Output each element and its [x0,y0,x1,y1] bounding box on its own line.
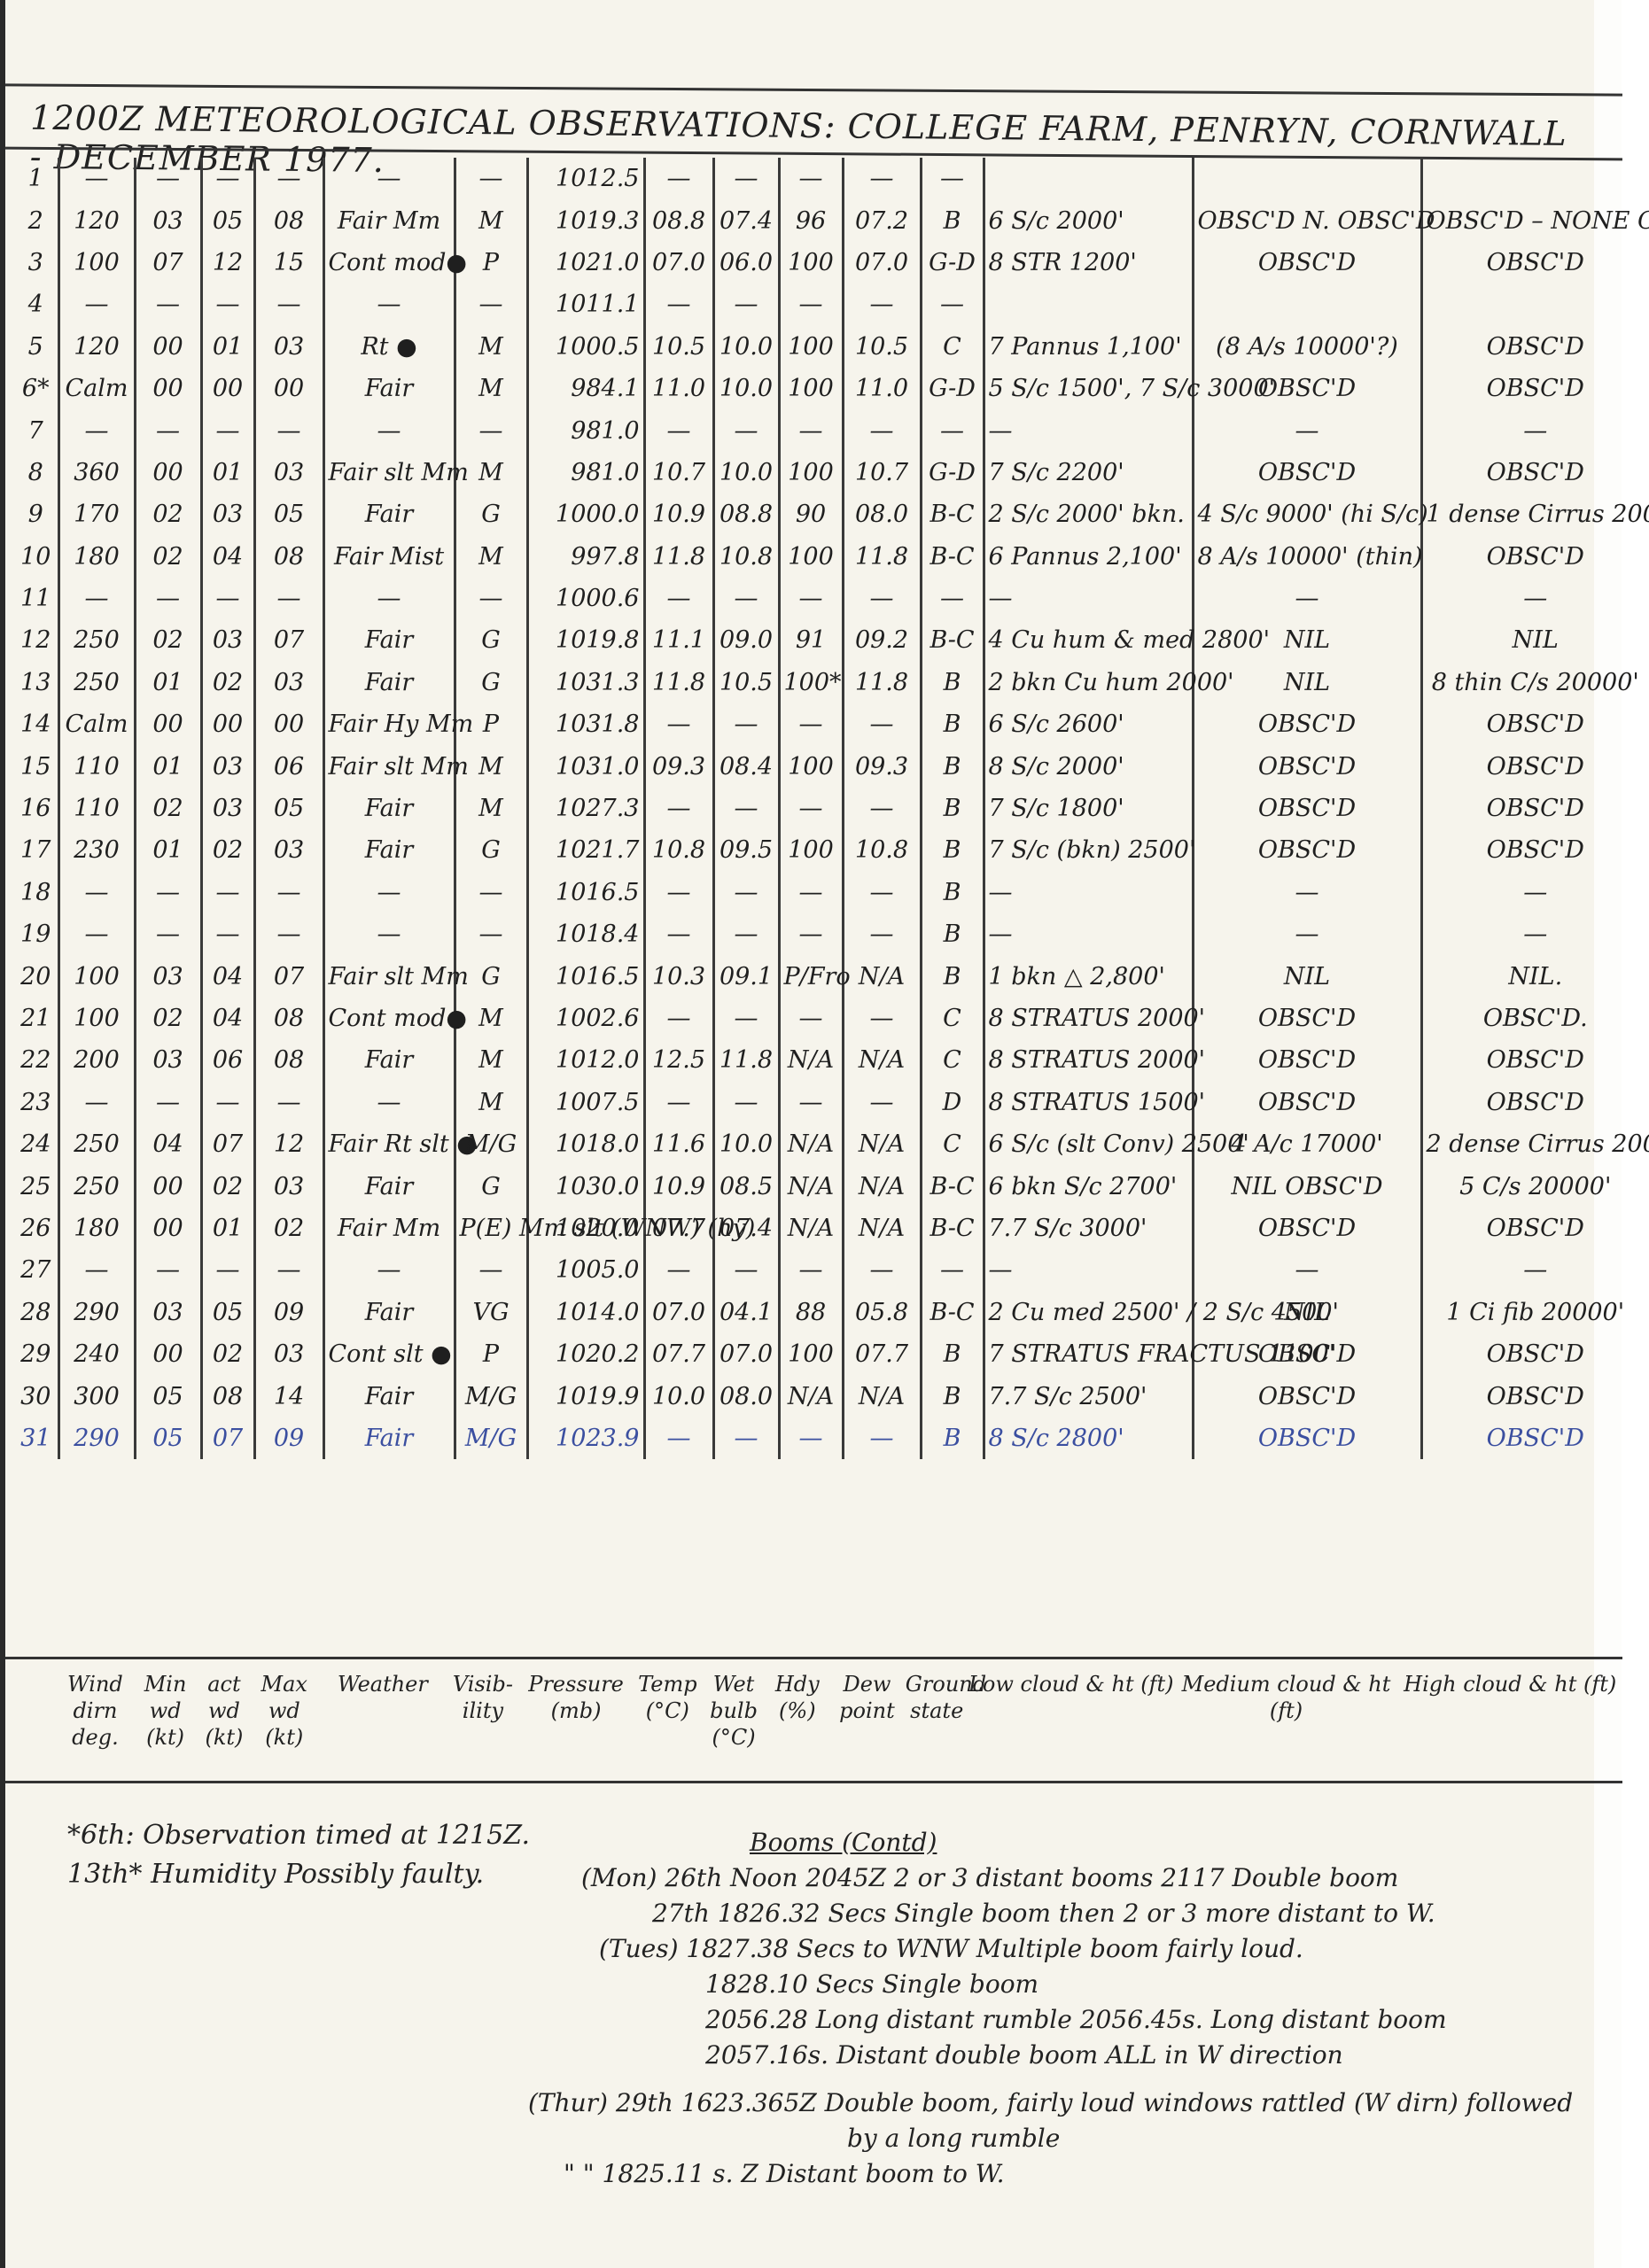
dew-point-cell: N/A [843,1039,921,1081]
wind-dir-cell: — [58,1082,135,1123]
low-cloud-cell: — [984,578,1193,619]
day-cell: 2 [14,199,58,241]
wet-bulb-cell: — [713,158,779,199]
day-cell: 13 [14,662,58,703]
wind-dir-cell: 290 [58,1292,135,1333]
booms-heading: Booms (Contd) [581,1825,1627,1860]
temp-cell: 07.7 [644,1208,713,1249]
wind-dir-cell: — [58,1249,135,1291]
weather-cell: Fair slt Mm [323,955,455,997]
max-wind-cell: — [254,913,323,955]
visibility-cell: M/G [455,1417,527,1459]
visibility-cell: — [455,409,527,451]
day-cell: 30 [14,1375,58,1417]
pressure-cell: 1012.0 [527,1039,644,1081]
pressure-cell: 1018.4 [527,913,644,955]
medium-cloud-cell: OBSC'D [1193,452,1421,493]
max-wind-cell: 02 [254,1208,323,1249]
high-cloud-cell: NIL. [1421,955,1648,997]
act-wind-cell: 01 [201,452,254,493]
visibility-cell: — [455,1249,527,1291]
table-row: 24250040712Fair Rt slt ●M/G1018.011.610.… [14,1123,1648,1165]
table-row: 12250020307FairG1019.811.109.09109.2B-C4… [14,619,1648,661]
min-wind-cell: 03 [135,199,201,241]
wet-bulb-cell: — [713,703,779,745]
max-wind-cell: 14 [254,1375,323,1417]
act-wind-cell: — [201,409,254,451]
act-wind-cell: 03 [201,619,254,661]
act-wind-cell: 00 [201,368,254,409]
temp-cell: 11.1 [644,619,713,661]
humidity-cell: — [779,409,843,451]
wind-dir-cell: 180 [58,1208,135,1249]
day-cell: 31 [14,1417,58,1459]
min-wind-cell: 01 [135,745,201,787]
temp-cell: 10.3 [644,955,713,997]
visibility-cell: G [455,619,527,661]
wind-dir-cell: — [58,283,135,325]
observations-table: 1——————1012.5—————2120030508Fair MmM1019… [14,158,1648,1459]
column-header-pressure: Pressure (mb) [518,1664,634,1784]
medium-cloud-cell: OBSC'D [1193,1039,1421,1081]
table-row: 17230010203FairG1021.710.809.510010.8B7 … [14,829,1648,871]
dew-point-cell: — [843,998,921,1039]
weather-cell: — [323,872,455,913]
wind-dir-cell: 230 [58,829,135,871]
ground-state-cell: B [921,829,984,871]
day-cell: 11 [14,578,58,619]
day-cell: 26 [14,1208,58,1249]
wind-dir-cell: 180 [58,536,135,578]
wet-bulb-cell: 10.0 [713,326,779,368]
pressure-cell: 1011.1 [527,283,644,325]
wet-bulb-cell: — [713,283,779,325]
table-row: 13250010203FairG1031.311.810.5100*11.8B2… [14,662,1648,703]
dew-point-cell: N/A [843,1208,921,1249]
weather-cell: Fair Rt slt ● [323,1123,455,1165]
column-header-ground-state: Ground state [906,1664,968,1784]
max-wind-cell: 07 [254,955,323,997]
table-row: 28290030509FairVG1014.007.004.18805.8B-C… [14,1292,1648,1333]
weather-cell: Fair [323,368,455,409]
high-cloud-cell: OBSC'D [1421,326,1648,368]
min-wind-cell: 02 [135,788,201,829]
medium-cloud-cell: (8 A/s 10000'?) [1193,326,1421,368]
act-wind-cell: 01 [201,1208,254,1249]
humidity-cell: — [779,872,843,913]
min-wind-cell: 00 [135,452,201,493]
weather-cell: Fair [323,1375,455,1417]
temp-cell: 07.0 [644,242,713,283]
table-row: 30300050814FairM/G1019.910.008.0N/AN/AB7… [14,1375,1648,1417]
visibility-cell: M [455,1082,527,1123]
dew-point-cell: 10.7 [843,452,921,493]
weather-cell: — [323,1249,455,1291]
high-cloud-cell: OBSC'D [1421,536,1648,578]
column-header-act-wd: act wd (kt) [198,1664,250,1784]
wind-dir-cell: — [58,913,135,955]
temp-cell: 11.6 [644,1123,713,1165]
wet-bulb-cell: 06.0 [713,242,779,283]
wind-dir-cell: 100 [58,242,135,283]
table-row: 14Calm000000Fair Hy MmP1031.8————B6 S/c … [14,703,1648,745]
humidity-cell: 100 [779,1333,843,1375]
humidity-cell: 90 [779,493,843,535]
min-wind-cell: 02 [135,493,201,535]
min-wind-cell: 07 [135,242,201,283]
low-cloud-cell: 2 S/c 2000' bkn. [984,493,1193,535]
day-cell: 19 [14,913,58,955]
act-wind-cell: 04 [201,955,254,997]
low-cloud-cell: 7 S/c 1800' [984,788,1193,829]
wind-dir-cell: 290 [58,1417,135,1459]
max-wind-cell: — [254,872,323,913]
visibility-cell: — [455,578,527,619]
max-wind-cell: 12 [254,1123,323,1165]
visibility-cell: M [455,788,527,829]
wet-bulb-cell: — [713,1249,779,1291]
humidity-cell: — [779,913,843,955]
min-wind-cell: 01 [135,662,201,703]
act-wind-cell: 04 [201,536,254,578]
wet-bulb-cell: 07.4 [713,199,779,241]
wind-dir-cell: 250 [58,1165,135,1207]
column-header-day [14,1664,58,1784]
pressure-cell: 1021.0 [527,242,644,283]
high-cloud-cell: OBSC'D [1421,829,1648,871]
ground-state-cell: C [921,1039,984,1081]
humidity-cell: — [779,1249,843,1291]
min-wind-cell: 00 [135,703,201,745]
column-header-medium-cloud: Medium cloud & ht (ft) [1174,1664,1399,1784]
wet-bulb-cell: — [713,578,779,619]
act-wind-cell: 01 [201,326,254,368]
max-wind-cell: 03 [254,326,323,368]
table-row: 31290050709FairM/G1023.9————B8 S/c 2800'… [14,1417,1648,1459]
ground-state-cell: B [921,788,984,829]
act-wind-cell: 05 [201,1292,254,1333]
low-cloud-cell: 6 bkn S/c 2700' [984,1165,1193,1207]
low-cloud-cell: 8 STRATUS 1500' [984,1082,1193,1123]
humidity-cell: N/A [779,1375,843,1417]
visibility-cell: M [455,536,527,578]
weather-cell: Fair [323,493,455,535]
wet-bulb-cell: — [713,409,779,451]
high-cloud-cell: — [1421,409,1648,451]
high-cloud-cell: 8 thin C/s 20000' [1421,662,1648,703]
min-wind-cell: 03 [135,1292,201,1333]
ground-state-cell: B [921,662,984,703]
wet-bulb-cell: 08.4 [713,745,779,787]
wind-dir-cell: 200 [58,1039,135,1081]
pressure-cell: 984.1 [527,368,644,409]
wind-dir-cell: 100 [58,955,135,997]
day-cell: 16 [14,788,58,829]
humidity-cell: 100 [779,368,843,409]
high-cloud-cell: 1 Ci fib 20000' [1421,1292,1648,1333]
weather-cell: Fair [323,1292,455,1333]
day-cell: 29 [14,1333,58,1375]
high-cloud-cell: OBSC'D [1421,452,1648,493]
humidity-cell: — [779,788,843,829]
weather-cell: Fair [323,788,455,829]
wet-bulb-cell: 10.0 [713,452,779,493]
boom-entry: (Mon) 26th Noon 2045Z 2 or 3 distant boo… [581,1860,1627,1896]
min-wind-cell: 00 [135,1165,201,1207]
act-wind-cell: 08 [201,1375,254,1417]
max-wind-cell: 05 [254,493,323,535]
dew-point-cell: 05.8 [843,1292,921,1333]
low-cloud-cell: — [984,913,1193,955]
humidity-cell: N/A [779,1208,843,1249]
boom-entry: 2057.16s. Distant double boom ALL in W d… [581,2038,1627,2073]
max-wind-cell: 08 [254,1039,323,1081]
high-cloud-cell: OBSC'D [1421,788,1648,829]
dew-point-cell: — [843,1249,921,1291]
ground-state-cell: C [921,1123,984,1165]
act-wind-cell: — [201,283,254,325]
ground-state-cell: B-C [921,1208,984,1249]
wind-dir-cell: 250 [58,1123,135,1165]
low-cloud-cell: 7.7 S/c 3000' [984,1208,1193,1249]
min-wind-cell: 00 [135,326,201,368]
visibility-cell: M/G [455,1375,527,1417]
weather-cell: Fair Mm [323,199,455,241]
dew-point-cell: 10.8 [843,829,921,871]
low-cloud-cell: 8 STRATUS 2000' [984,998,1193,1039]
temp-cell: 10.9 [644,493,713,535]
wet-bulb-cell: — [713,872,779,913]
wind-dir-cell: 240 [58,1333,135,1375]
low-cloud-cell: — [984,872,1193,913]
ground-state-cell: G-D [921,368,984,409]
ground-state-cell: B [921,199,984,241]
pressure-cell: 1000.5 [527,326,644,368]
dew-point-cell: — [843,788,921,829]
high-cloud-cell [1421,283,1648,325]
temp-cell: — [644,1249,713,1291]
dew-point-cell: 08.0 [843,493,921,535]
table-row: 20100030407Fair slt MmG1016.510.309.1P/F… [14,955,1648,997]
act-wind-cell: — [201,158,254,199]
day-cell: 12 [14,619,58,661]
day-cell: 28 [14,1292,58,1333]
act-wind-cell: 02 [201,829,254,871]
table-row: 25250000203FairG1030.010.908.5N/AN/AB-C6… [14,1165,1648,1207]
wet-bulb-cell: 10.8 [713,536,779,578]
medium-cloud-cell: OBSC'D N. OBSC'D [1193,199,1421,241]
low-cloud-cell [984,283,1193,325]
ground-state-cell: B-C [921,536,984,578]
pressure-cell: 1019.9 [527,1375,644,1417]
low-cloud-cell: 8 S/c 2800' [984,1417,1193,1459]
high-cloud-cell: 2 dense Cirrus 20000' [1421,1123,1648,1165]
low-cloud-cell: — [984,409,1193,451]
min-wind-cell: — [135,158,201,199]
low-cloud-cell: 6 S/c (slt Conv) 2500' [984,1123,1193,1165]
column-header-weather: Weather [318,1664,447,1784]
max-wind-cell: 08 [254,536,323,578]
medium-cloud-cell: OBSC'D [1193,745,1421,787]
act-wind-cell: — [201,1249,254,1291]
high-cloud-cell: OBSC'D [1421,1417,1648,1459]
column-header-max-wd: Max wd (kt) [250,1664,318,1784]
wet-bulb-cell: — [713,913,779,955]
temp-cell: — [644,409,713,451]
max-wind-cell: — [254,158,323,199]
pressure-cell: 1000.6 [527,578,644,619]
wind-dir-cell: 250 [58,619,135,661]
humidity-cell: N/A [779,1123,843,1165]
min-wind-cell: — [135,1249,201,1291]
dew-point-cell: 11.8 [843,536,921,578]
visibility-cell: M [455,368,527,409]
temp-cell: — [644,283,713,325]
pressure-cell: 1021.7 [527,829,644,871]
table-row: 8360000103Fair slt MmM981.010.710.010010… [14,452,1648,493]
ground-state-cell: B [921,1333,984,1375]
boom-entry: 2056.28 Long distant rumble 2056.45s. Lo… [581,2002,1627,2038]
max-wind-cell: 03 [254,829,323,871]
wet-bulb-cell: 04.1 [713,1292,779,1333]
column-header-temp: Temp (°C) [634,1664,702,1784]
wind-dir-cell: 110 [58,745,135,787]
day-cell: 24 [14,1123,58,1165]
max-wind-cell: 15 [254,242,323,283]
day-cell: 18 [14,872,58,913]
min-wind-cell: 00 [135,368,201,409]
min-wind-cell: 05 [135,1375,201,1417]
pressure-cell: 1012.5 [527,158,644,199]
dew-point-cell: 10.5 [843,326,921,368]
ground-state-cell: B-C [921,619,984,661]
weather-cell: Fair slt Mm [323,452,455,493]
medium-cloud-cell: 4 S/c 9000' (hi S/c) [1193,493,1421,535]
high-cloud-cell: OBSC'D [1421,1208,1648,1249]
max-wind-cell: 03 [254,452,323,493]
low-cloud-cell [984,158,1193,199]
temp-cell: 09.3 [644,745,713,787]
act-wind-cell: 04 [201,998,254,1039]
visibility-cell: G [455,493,527,535]
dew-point-cell: 09.3 [843,745,921,787]
wind-dir-cell: 120 [58,326,135,368]
min-wind-cell: — [135,1082,201,1123]
temp-cell: — [644,913,713,955]
weather-cell: — [323,1082,455,1123]
act-wind-cell: 03 [201,745,254,787]
column-header-wind-dir: Wind dirn deg. [58,1664,133,1784]
medium-cloud-cell: OBSC'D [1193,1417,1421,1459]
wet-bulb-cell: — [713,788,779,829]
wind-dir-cell: — [58,158,135,199]
wind-dir-cell: 300 [58,1375,135,1417]
column-header-dew-point: Dew point [828,1664,906,1784]
day-cell: 20 [14,955,58,997]
pressure-cell: 1027.3 [527,788,644,829]
act-wind-cell: 02 [201,1333,254,1375]
low-cloud-cell: 8 S/c 2000' [984,745,1193,787]
temp-cell: 10.5 [644,326,713,368]
min-wind-cell: 02 [135,619,201,661]
wind-dir-cell: Calm [58,703,135,745]
column-header-visibility: Visib-ility [447,1664,519,1784]
wind-dir-cell: 170 [58,493,135,535]
pressure-cell: 1016.5 [527,955,644,997]
wet-bulb-cell: 07.0 [713,1333,779,1375]
temp-cell: — [644,703,713,745]
wet-bulb-cell: 08.5 [713,1165,779,1207]
top-border-line [5,83,1622,96]
medium-cloud-cell: OBSC'D [1193,788,1421,829]
medium-cloud-cell: 8 A/s 10000' (thin) [1193,536,1421,578]
day-cell: 27 [14,1249,58,1291]
wet-bulb-cell: 09.0 [713,619,779,661]
ground-state-cell: B [921,1375,984,1417]
ground-state-cell: C [921,998,984,1039]
min-wind-cell: 03 [135,955,201,997]
max-wind-cell: 03 [254,1165,323,1207]
min-wind-cell: 03 [135,1039,201,1081]
visibility-cell: M [455,326,527,368]
high-cloud-cell [1421,158,1648,199]
humidity-cell: 88 [779,1292,843,1333]
wet-bulb-cell: 09.5 [713,829,779,871]
max-wind-cell: 00 [254,703,323,745]
weather-cell: Fair [323,1417,455,1459]
table-row: 15110010306Fair slt MmM1031.009.308.4100… [14,745,1648,787]
ground-state-cell: B [921,913,984,955]
ground-state-cell: B-C [921,493,984,535]
ground-state-cell: G-D [921,242,984,283]
max-wind-cell: 07 [254,619,323,661]
low-cloud-cell: 2 bkn Cu hum 2000' [984,662,1193,703]
max-wind-cell: 03 [254,1333,323,1375]
column-header-low-cloud: Low cloud & ht (ft) [968,1664,1174,1784]
medium-cloud-cell: OBSC'D [1193,829,1421,871]
humidity-cell: 100 [779,242,843,283]
low-cloud-cell: 6 S/c 2600' [984,703,1193,745]
weather-cell: Fair Mm [323,1208,455,1249]
medium-cloud-cell: — [1193,578,1421,619]
humidity-cell: 100 [779,536,843,578]
low-cloud-cell: 5 S/c 1500', 7 S/c 3000' [984,368,1193,409]
weather-cell: — [323,578,455,619]
day-cell: 4 [14,283,58,325]
act-wind-cell: 07 [201,1123,254,1165]
ground-state-cell: B [921,1417,984,1459]
high-cloud-cell: — [1421,872,1648,913]
ground-state-cell: — [921,578,984,619]
dew-point-cell: 07.7 [843,1333,921,1375]
low-cloud-cell: 1 bkn △ 2,800' [984,955,1193,997]
max-wind-cell: — [254,283,323,325]
wind-dir-cell: 120 [58,199,135,241]
day-cell: 22 [14,1039,58,1081]
max-wind-cell: 06 [254,745,323,787]
high-cloud-cell: — [1421,913,1648,955]
medium-cloud-cell: — [1193,872,1421,913]
weather-cell: Rt ● [323,326,455,368]
dew-point-cell: — [843,1082,921,1123]
pressure-cell: 1014.0 [527,1292,644,1333]
humidity-cell: 100 [779,745,843,787]
day-cell: 25 [14,1165,58,1207]
dew-point-cell: — [843,283,921,325]
act-wind-cell: 02 [201,662,254,703]
table-row: 29240000203Cont slt ●P1020.207.707.01000… [14,1333,1648,1375]
dew-point-cell: 11.0 [843,368,921,409]
